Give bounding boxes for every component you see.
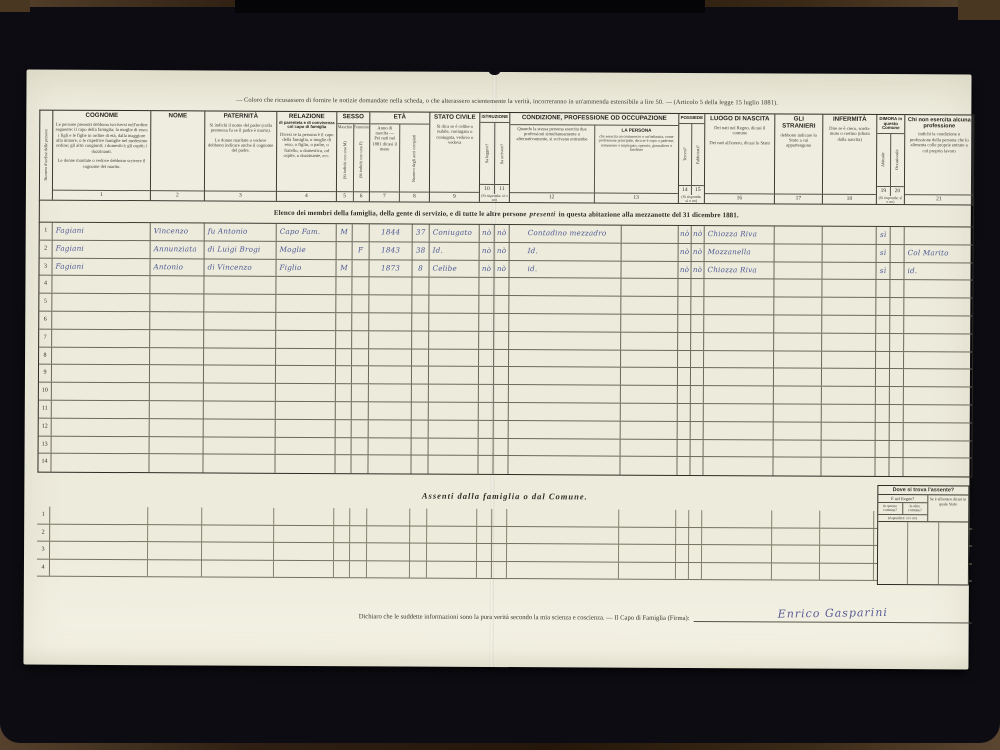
cell-la-persona [621,261,678,278]
cell-cognome [52,365,150,382]
cell-stato-civile: Celibe [429,260,479,277]
cell-possiede-fabbricati [691,422,704,439]
cell-dimora-occasionale [890,441,904,458]
row-number: 12 [39,418,52,435]
cell-nome: Vincenzo [151,223,205,240]
cell-stranieri [774,404,822,421]
cell-sa-leggere: nò [480,243,495,260]
assenti-cell [507,527,619,544]
cell-sa-scrivere: nò [495,225,510,242]
cell-nome [149,455,203,473]
cell-infermita [822,333,876,350]
assenti-cell [619,527,676,544]
cell-infermita [822,316,876,333]
cell-possiede-fabbricati [691,333,704,350]
cell-stato-civile [429,385,479,402]
col-header-relazione: RELAZIONE di parentela e di convivenza c… [277,112,337,201]
assenti-cell [820,528,874,545]
cell-dimora-occasionale [891,227,905,244]
cell-possiede-terreni [678,386,691,403]
cell-possiede-terreni: nò [679,226,692,243]
cell-dimora-abituale [876,423,890,440]
cell-cognome [52,294,150,311]
sesso-title: SESSO [337,112,369,124]
cell-possiede-terreni [677,457,690,475]
assenti-cell [702,563,772,580]
cell-relazione [276,366,336,383]
dove-answer-note: (rispondere: sì o no) [878,514,927,521]
backdrop-shadow [235,0,705,13]
cell-stranieri [775,244,823,261]
cell-dimora-occasionale [890,316,904,333]
col-header-nome: NOME 2 [151,111,205,200]
cell-sesso-f [352,367,369,384]
cell-stato-civile [429,349,479,366]
cell-infermita [822,280,876,297]
assenti-cell [507,544,619,561]
assenti-cell [492,509,507,526]
cell-possiede-terreni [678,279,691,296]
assenti-cell [477,544,492,561]
cell-chi-non-esercita [904,298,972,315]
col-group-eta: ETÀ Anno di nascita — Pei nati nel 1881 … [370,112,430,201]
cell-infermita [823,227,877,244]
cell-anno-nascita: 1843 [370,242,413,259]
cell-dimora-abituale [876,387,890,404]
cell-possiede-fabbricati: nò [692,226,705,243]
sa-scrivere-cell: Sa scrivere? 11 [495,123,509,194]
cell-sesso-f [352,278,369,295]
cell-sa-leggere [479,314,494,331]
cell-stato-civile [429,403,479,420]
eta-anni-note: Numero degli anni compiuti [412,124,417,192]
cell-la-persona [622,226,679,243]
cell-dimora-abituale [876,405,890,422]
table-body: 1 Fagiani Vincenzo fu Antonio Capo Fam. … [37,222,973,478]
cell-dimora-occasionale [890,405,904,422]
col-header-luogo-nascita: LUOGO DI NASCITA Dei nati nel Regno, dic… [705,114,775,203]
cell-paternita [204,384,276,401]
col-group-condizione: CONDIZIONE, PROFESSIONE OD OCCUPAZIONE Q… [510,113,679,203]
luogo-col-number: 16 [705,193,774,203]
table-corner-top-left [0,0,30,12]
cell-sesso-f [352,313,369,330]
cell-sa-scrivere [494,350,509,367]
cell-sesso-f: F [353,242,370,259]
cognome-note1: Le persone presenti debbono iscriversi n… [56,121,148,153]
cell-professione [509,296,621,313]
sa-leggere-cell: Sa leggere? 10 [480,123,495,194]
terreni-label: Terreni? [683,124,688,185]
stato-col-number: 9 [430,192,479,202]
assenti-cell [50,524,148,541]
cell-anno-nascita [369,384,412,401]
assenti-cell [772,546,820,563]
cell-infermita [823,244,877,261]
cell-infermita [822,422,876,439]
cell-sesso-m [336,295,352,312]
paternita-note2: Le donne maritate o vedove debbono indic… [208,137,273,153]
cell-la-persona [621,315,678,332]
assenti-cell [507,509,619,526]
cognome-title: COGNOME [53,111,150,121]
col-group-dimora: DIMORA in questo Comune Abituale 19 Occa… [877,115,905,204]
cell-dimora-occasionale [890,369,904,386]
cell-sesso-f [352,260,369,277]
dove-regno-subcolumns: in questo comune? in altro comune? [878,503,927,514]
elenco-text-pre: Elenco dei membri della famiglia, della … [274,208,527,217]
cell-stranieri [774,298,822,315]
row-number: 2 [40,240,53,257]
cell-dimora-abituale [876,298,890,315]
assenti-cell [702,510,772,527]
cell-anni-compiuti: 8 [412,260,429,277]
assenti-cell [50,542,148,559]
condizione-main-col-number: 12 [510,192,594,202]
cell-stranieri [774,351,822,368]
assenti-cell [492,562,507,579]
assenti-cell [334,561,350,578]
cell-sa-leggere [479,349,494,366]
assenti-cell [427,526,477,543]
col-group-possiede: POSSIEDE Terreni? 14 Fabbricati? 15 (Si … [679,114,705,203]
nome-title: NOME [151,111,204,121]
elenco-text-presenti: presenti [529,210,555,218]
row-number: 7 [39,329,52,346]
cell-infermita [822,440,876,457]
cell-nome [150,366,204,383]
assenti-cell [202,508,274,525]
cell-sa-leggere [478,456,493,474]
cell-paternita [204,419,276,436]
cell-relazione [276,437,336,454]
assenti-cell [50,507,148,524]
cell-dimora-occasionale [890,298,904,315]
dove-regno-label: È nel Regno? [878,495,927,503]
cell-la-persona [621,368,678,385]
paper-fold-notch [489,70,501,75]
cell-sesso-m [335,456,351,474]
istruzione-subcolumns: Sa leggere? 10 Sa scrivere? 11 [480,123,509,194]
cell-professione [509,350,621,367]
cell-sesso-m [336,384,352,401]
row-number: 13 [39,436,52,453]
dove-grid-cell [908,522,939,584]
assenti-cell [507,562,619,579]
col-group-sesso: SESSO Maschio (Si indichi con una M) 5 F… [337,112,370,201]
cell-chi-non-esercita: id. [904,263,972,280]
dove-altro-comune: in altro comune? [903,503,927,514]
cell-dimora-occasionale [890,352,904,369]
assenti-cell [274,525,334,542]
assenti-cell [427,509,477,526]
cell-relazione [276,420,336,437]
cell-relazione [276,384,336,401]
cell-anno-nascita [369,278,412,295]
cell-la-persona [621,279,678,296]
cell-cognome [52,401,150,418]
paternita-col-number: 3 [205,190,276,200]
cell-sesso-f [352,420,369,437]
cell-sa-scrivere: nò [495,243,510,260]
assenti-cell [676,510,689,527]
cell-sesso-m [336,420,352,437]
cell-professione [509,439,621,456]
cell-sa-scrivere [494,421,509,438]
declaration-line: Dichiaro che le suddette informazioni so… [37,601,972,624]
cell-nome [150,437,204,454]
cell-luogo-nascita [704,386,774,403]
cell-chi-non-esercita [904,405,972,422]
cell-stato-civile: Id. [430,242,480,259]
assenti-cell [427,561,477,578]
relazione-subtitle: di parentela e di convivenza col capo di… [278,121,335,130]
cell-relazione [276,348,336,365]
dove-title: Dove si trova l'assente? [878,486,968,495]
cell-chi-non-esercita [904,387,972,404]
eta-anno-col-number: 7 [370,191,399,201]
cell-dimora-occasionale [889,458,903,476]
cell-stato-civile [429,438,479,455]
sa-scrivere-col-number: 11 [495,184,509,194]
assenti-cell [477,562,492,579]
assenti-cell [350,508,367,525]
cell-paternita [204,295,276,312]
cell-stato-civile [429,314,479,331]
assenti-cell [820,563,874,580]
cell-nome: Annunziata [151,241,205,258]
cognome-col-number: 1 [53,190,150,201]
luogo-note1: Dei nati nel Regno, dicasi il comune [714,125,765,136]
cell-sesso-f [353,224,370,241]
cell-sesso-m [336,349,352,366]
cell-possiede-fabbricati [690,457,703,475]
cell-dimora-abituale: sì [876,263,890,280]
stato-title: STATO CIVILE [430,113,479,123]
assenti-cell [334,508,350,525]
cell-stranieri [774,280,822,297]
eta-anni-cell: Numero degli anni compiuti 8 [400,124,429,202]
cell-paternita: di Vincenzo [204,259,276,276]
cell-paternita [204,366,276,383]
cell-sa-leggere: nò [480,225,495,242]
cell-anni-compiuti [412,385,429,402]
cell-sesso-m [336,331,352,348]
cell-stato-civile [429,296,479,313]
assenti-cell [274,543,334,560]
assenti-cell [689,528,702,545]
assenti-cell [477,527,492,544]
assenti-cell [274,560,334,577]
cell-stato-civile [429,367,479,384]
cell-stranieri [774,387,822,404]
cell-anni-compiuti [412,314,429,331]
istruzione-answer-note: (Si risponda: sì o no) [480,194,509,202]
luogo-title: LUOGO DI NASCITA [705,114,774,124]
chinon-note: indichi la condizione o professione dell… [905,130,973,194]
cell-possiede-terreni [678,351,691,368]
maschio-col-number: 5 [337,191,353,201]
cell-infermita [822,387,876,404]
cell-dimora-abituale [876,441,890,458]
cell-chi-non-esercita [904,316,972,333]
cell-cognome [52,436,150,453]
cell-dimora-occasionale [890,263,904,280]
cell-stranieri [774,440,822,457]
row-number: 8 [39,347,52,364]
assenti-cell [689,563,702,580]
cell-la-persona [621,350,678,367]
cell-sa-scrivere [493,456,508,474]
cell-possiede-terreni [678,315,691,332]
assenti-cell [772,563,820,580]
relazione-note: Dicesi se la persona è il capo della fam… [277,130,336,191]
assenti-cell [772,528,820,545]
condizione-title: CONDIZIONE, PROFESSIONE OD OCCUPAZIONE [510,113,678,125]
assenti-cell [148,542,202,559]
cell-dimora-abituale [876,352,890,369]
cell-anni-compiuti [412,349,429,366]
row-number: 5 [39,294,52,311]
cell-nome [150,419,204,436]
cell-anno-nascita [369,349,412,366]
paternita-note1: Si indichi il nome del padre (colla prem… [209,122,272,133]
cell-sa-leggere [479,278,494,295]
cell-possiede-terreni [678,368,691,385]
cell-dimora-abituale: sì [877,227,891,244]
cell-paternita [204,401,276,418]
cell-cognome: Fagiani [53,240,151,257]
cell-luogo-nascita [704,404,774,421]
paternita-title: PATERNITÀ [205,111,276,121]
cell-cognome [51,454,149,472]
assenti-cell [427,544,477,561]
assenti-cell [676,563,689,580]
cell-nome: Antonio [150,259,204,276]
cell-anni-compiuti: 37 [413,225,430,242]
cell-luogo-nascita: Chiozza Riva [705,226,775,243]
cell-infermita [822,369,876,386]
cell-anni-compiuti [412,403,429,420]
assenti-cell [148,560,202,577]
condizione-main-cell: Quando la stessa persona esercita due pr… [510,125,595,203]
cell-luogo-nascita [704,368,774,385]
assenti-cell [50,559,148,576]
occasionale-cell: Occasionale 20 [891,134,904,196]
cell-nome [150,401,204,418]
col-header-chi-non-esercita: Chi non esercita alcuna professione indi… [905,115,973,204]
assenti-cell [367,561,410,578]
assenti-cell [367,508,410,525]
col-header-cognome: COGNOME Le persone presenti debbono iscr… [53,111,151,201]
cell-dimora-occasionale [890,334,904,351]
cell-sa-scrivere [494,439,509,456]
cell-possiede-fabbricati [691,404,704,421]
chinon-title: Chi non esercita alcuna professione [905,115,973,131]
cell-cognome [52,329,150,346]
cell-paternita: fu Antonio [205,223,277,240]
cell-sesso-f [352,402,369,419]
assenti-section-title: Assenti dalla famiglia o dal Comune. [37,489,972,507]
assenti-cell [619,510,676,527]
cell-relazione: Moglie [277,242,337,259]
cell-stranieri [774,262,822,279]
cell-possiede-terreni: nò [679,244,692,261]
cell-sesso-f [352,438,369,455]
cell-sesso-f [352,331,369,348]
elenco-text-post: in questa abitazione alla mezzanotte del… [559,210,739,219]
cell-paternita [204,312,276,329]
cell-possiede-fabbricati [691,351,704,368]
cell-sa-scrivere [494,278,509,295]
assenti-cell [148,507,202,524]
luogo-note2: Dei nati all'estero, dicasi lo Stato [709,140,770,145]
cell-sa-leggere [479,385,494,402]
cell-anni-compiuti [412,278,429,295]
cell-dimora-occasionale [890,423,904,440]
cell-dimora-abituale: sì [877,245,891,262]
row-number: 10 [39,383,52,400]
assenti-cell [410,561,427,578]
cell-luogo-nascita [704,422,774,439]
cell-infermita [821,458,875,476]
dove-estero-label: Se è all'estero dicasi in quale Stato [928,495,969,521]
cell-professione: Id. [510,243,622,260]
assenti-cell [410,544,427,561]
cell-nome [150,294,204,311]
dimora-subcolumns: Abituale 19 Occasionale 20 [877,134,904,196]
row-number: 3 [39,258,52,275]
cell-sesso-f [352,349,369,366]
femmina-note: (Si indichi con una F) [359,129,364,191]
col-group-istruzione: ISTRUZIONE Sa leggere? 10 Sa scrivere? 1… [480,113,510,202]
assenti-cell [492,544,507,561]
cell-anno-nascita [368,456,411,474]
cell-possiede-fabbricati [691,368,704,385]
cell-dimora-abituale [876,280,890,297]
terreni-col-number: 14 [679,185,691,195]
cell-sesso-m [336,402,352,419]
fabbricati-cell: Fabbricati? 15 [692,124,704,195]
assenti-cell [350,561,367,578]
assenti-row-number: 1 [37,507,50,524]
cell-possiede-terreni [678,440,691,457]
luogo-note: Dei nati nel Regno, dicasi il comune Dei… [705,124,774,194]
assenti-cell [202,525,274,542]
cell-stranieri [774,333,822,350]
row-number: 6 [39,312,52,329]
relazione-title: RELAZIONE di parentela e di convivenza c… [277,112,336,131]
cell-dimora-occasionale [890,280,904,297]
cell-possiede-fabbricati [691,386,704,403]
cell-relazione [276,277,336,294]
cell-sesso-m: M [336,260,352,277]
cell-anno-nascita [369,420,412,437]
cell-sa-scrivere [494,314,509,331]
cell-professione [509,385,621,402]
cell-possiede-fabbricati [691,315,704,332]
assenti-row-number: 4 [37,559,50,576]
cell-dimora-occasionale [890,387,904,404]
cell-professione [508,456,620,474]
cell-luogo-nascita [704,351,774,368]
cell-sesso-f [352,384,369,401]
cell-sesso-m [336,438,352,455]
cell-infermita [822,298,876,315]
cell-nome [150,330,204,347]
cell-sa-scrivere [494,385,509,402]
assenti-cell [350,543,367,560]
